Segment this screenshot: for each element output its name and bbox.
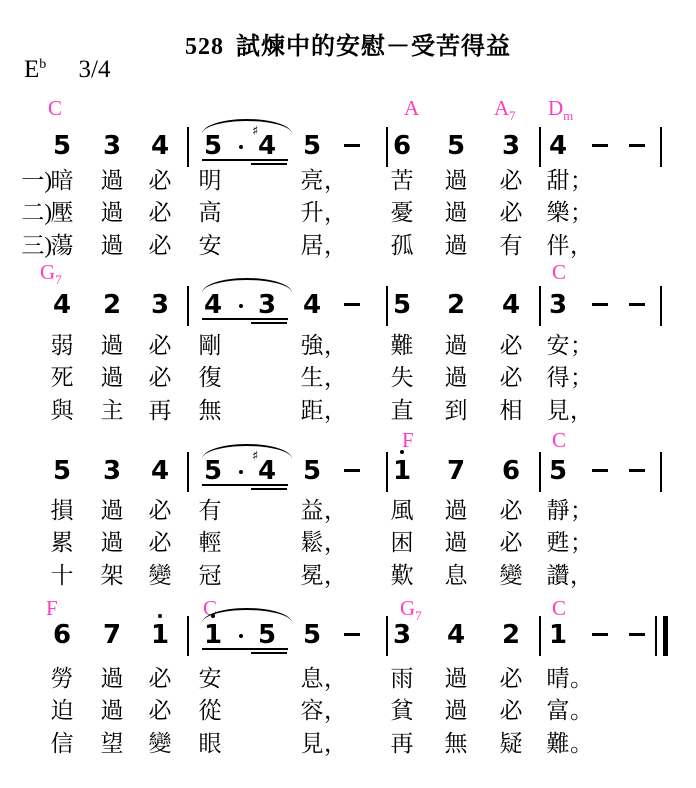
mid-punctuation: ， — [324, 365, 347, 390]
augmentation-dot — [239, 304, 243, 308]
note-digit: 4 — [258, 458, 276, 484]
mid-punctuation: ， — [324, 168, 347, 193]
beam-double — [251, 652, 287, 654]
beam-double — [251, 322, 287, 324]
note-digit: 4 — [258, 133, 276, 159]
lyric-char: 必 — [149, 200, 172, 225]
mid-punctuation: ， — [324, 398, 347, 423]
lyric-char: 安 — [547, 333, 570, 358]
note-digit: 2 — [447, 292, 465, 318]
octave-dot — [400, 450, 404, 454]
lyric-char: 甜 — [547, 168, 570, 193]
lyric-char: 暗 — [51, 168, 74, 193]
lyric-char: 必 — [500, 365, 523, 390]
chord-root: A — [404, 96, 419, 120]
barline — [660, 127, 662, 167]
lyric-char: 直 — [391, 398, 414, 423]
lyric-char: 高 — [199, 200, 222, 225]
lyric-char: 從 — [199, 698, 222, 723]
note-digit: 5 — [204, 133, 222, 159]
lyric-char: 變 — [149, 731, 172, 756]
barline — [386, 127, 388, 167]
beam-double — [251, 163, 287, 165]
beam-single — [202, 484, 288, 486]
note-digit: 5 — [53, 133, 71, 159]
lyric-char: 無 — [445, 731, 468, 756]
chord-subscript: m — [563, 108, 573, 123]
rest-dash — [629, 633, 645, 636]
mid-punctuation: ， — [324, 666, 347, 691]
lyric-char: 必 — [149, 498, 172, 523]
lyric-char: 無 — [199, 398, 222, 423]
lyric-char: 疑 — [500, 731, 523, 756]
lyric-char: 變 — [149, 563, 172, 588]
lyric-char: 過 — [101, 498, 124, 523]
end-punctuation: 。 — [570, 731, 593, 756]
lyric-char: 過 — [445, 498, 468, 523]
note-digit: 4 — [204, 292, 222, 318]
lyric-char: 過 — [445, 530, 468, 555]
lyric-char: 風 — [391, 498, 414, 523]
note-digit: 3 — [103, 133, 121, 159]
lyric-char: 必 — [500, 698, 523, 723]
barline — [663, 616, 668, 656]
lyric-char: 貧 — [391, 698, 414, 723]
note-digit: 1 — [151, 622, 169, 648]
slur — [202, 444, 292, 459]
note-digit: 4 — [151, 133, 169, 159]
lyric-char: 升 — [301, 200, 324, 225]
note-digit: 6 — [502, 458, 520, 484]
note-digit: 5 — [258, 622, 276, 648]
lyric-char: 強 — [301, 333, 324, 358]
chord-root: F — [46, 596, 58, 620]
rest-dash — [344, 633, 360, 636]
lyric-char: 雨 — [391, 666, 414, 691]
lyric-char: 過 — [101, 365, 124, 390]
beam-single — [202, 648, 288, 650]
note-digit: 5 — [549, 458, 567, 484]
chord-subscript: 7 — [509, 108, 516, 123]
lyric-char: 輕 — [199, 530, 222, 555]
note-digit: 5 — [303, 458, 321, 484]
lyric-char: 鬆 — [301, 530, 324, 555]
lyric-char: 過 — [101, 233, 124, 258]
note-digit: 1 — [204, 622, 222, 648]
octave-dot — [158, 614, 162, 618]
mid-punctuation: ， — [324, 333, 347, 358]
lyric-char: 蕩 — [51, 233, 74, 258]
slur — [202, 119, 292, 134]
barline — [539, 127, 541, 167]
chord-symbol: F — [46, 598, 58, 619]
note-digit: 6 — [53, 622, 71, 648]
barline — [187, 452, 189, 492]
lyric-char: 必 — [149, 698, 172, 723]
lyric-char: 必 — [500, 333, 523, 358]
augmentation-dot — [239, 634, 243, 638]
rest-dash — [592, 469, 608, 472]
barline — [386, 616, 388, 656]
chord-symbol: A — [404, 98, 419, 119]
chord-subscript: 7 — [55, 272, 62, 287]
lyric-char: 距 — [301, 398, 324, 423]
beam-single — [202, 159, 288, 161]
barline — [187, 286, 189, 326]
end-punctuation: ； — [570, 498, 593, 523]
barline — [386, 452, 388, 492]
note-digit: 4 — [151, 458, 169, 484]
rest-dash — [592, 144, 608, 147]
lyric-char: 過 — [445, 200, 468, 225]
note-digit: 4 — [549, 133, 567, 159]
lyric-char: 弱 — [51, 333, 74, 358]
note-digit: 5 — [393, 292, 411, 318]
lyric-char: 富 — [547, 698, 570, 723]
lyric-char: 得 — [547, 365, 570, 390]
lyric-char: 迫 — [51, 698, 74, 723]
note-digit: 3 — [103, 458, 121, 484]
lyric-char: 生 — [301, 365, 324, 390]
note-digit: 3 — [549, 292, 567, 318]
chord-root: D — [548, 96, 563, 120]
end-punctuation: 。 — [570, 666, 593, 691]
note-digit: 5 — [204, 458, 222, 484]
lyric-char: 過 — [445, 168, 468, 193]
lyric-char: 讚 — [547, 563, 570, 588]
lyric-char: 樂 — [547, 200, 570, 225]
lyric-char: 冕 — [301, 563, 324, 588]
augmentation-dot — [239, 145, 243, 149]
lyric-char: 見 — [547, 398, 570, 423]
note-digit: 5 — [53, 458, 71, 484]
chord-root: C — [552, 428, 566, 452]
lyric-char: 主 — [101, 398, 124, 423]
lyric-char: 過 — [445, 333, 468, 358]
end-punctuation: ， — [570, 563, 593, 588]
beam-double — [251, 488, 287, 490]
lyric-char: 息 — [301, 666, 324, 691]
lyric-char: 安 — [199, 233, 222, 258]
mid-punctuation: ， — [324, 563, 347, 588]
lyric-char: 靜 — [547, 498, 570, 523]
lyric-char: 十 — [51, 563, 74, 588]
note-digit: 5 — [447, 133, 465, 159]
end-punctuation: ， — [570, 398, 593, 423]
lyric-char: 眼 — [199, 731, 222, 756]
lyric-char: 剛 — [199, 333, 222, 358]
lyric-char: 過 — [101, 530, 124, 555]
augmentation-dot — [239, 470, 243, 474]
lyric-char: 苦 — [391, 168, 414, 193]
lyric-char: 必 — [500, 498, 523, 523]
mid-punctuation: ， — [324, 233, 347, 258]
beam-single — [202, 318, 288, 320]
key-signature: Eb 3/4 — [24, 56, 110, 84]
chord-symbol: C — [552, 598, 566, 619]
lyric-char: 孤 — [391, 233, 414, 258]
lyric-char: 過 — [445, 698, 468, 723]
lyric-char: 望 — [101, 731, 124, 756]
mid-punctuation: ， — [324, 731, 347, 756]
note-digit: 7 — [447, 458, 465, 484]
barline — [660, 286, 662, 326]
key-accidental: b — [39, 57, 46, 72]
note-digit: 4 — [502, 292, 520, 318]
mid-punctuation: ， — [324, 498, 347, 523]
mid-punctuation: ， — [324, 698, 347, 723]
chord-symbol: A7 — [494, 98, 516, 122]
barline — [539, 616, 541, 656]
lyric-char: 過 — [101, 200, 124, 225]
chord-root: G — [40, 260, 55, 284]
lyric-char: 必 — [149, 365, 172, 390]
lyric-char: 失 — [391, 365, 414, 390]
barline — [187, 616, 189, 656]
lyric-char: 損 — [51, 498, 74, 523]
mid-punctuation: ， — [324, 530, 347, 555]
note-digit: 2 — [103, 292, 121, 318]
lyric-char: 歎 — [391, 563, 414, 588]
lyric-char: 必 — [149, 333, 172, 358]
note-digit: 3 — [502, 133, 520, 159]
rest-dash — [629, 469, 645, 472]
lyric-char: 必 — [500, 530, 523, 555]
barline — [660, 452, 662, 492]
lyric-char: 必 — [149, 530, 172, 555]
lyric-char: 憂 — [391, 200, 414, 225]
lyric-char: 息 — [445, 563, 468, 588]
end-punctuation: ， — [570, 233, 593, 258]
lyric-char: 累 — [51, 530, 74, 555]
lyric-char: 必 — [149, 168, 172, 193]
lyric-char: 有 — [500, 233, 523, 258]
chord-root: C — [48, 96, 62, 120]
chord-symbol: Dm — [548, 98, 573, 122]
note-digit: 4 — [303, 292, 321, 318]
hymn-page: 528試煉中的安慰－受苦得益 Eb 3/4 CAA7Dm53454♯56534一… — [0, 0, 696, 788]
verse-number: 三) — [21, 233, 52, 258]
chord-root: C — [552, 596, 566, 620]
note-digit: 1 — [549, 622, 567, 648]
lyric-char: 必 — [500, 666, 523, 691]
chord-root: G — [400, 596, 415, 620]
lyric-char: 必 — [500, 168, 523, 193]
lyric-char: 過 — [101, 333, 124, 358]
chord-root: F — [402, 428, 414, 452]
lyric-char: 死 — [51, 365, 74, 390]
rest-dash — [344, 144, 360, 147]
lyric-char: 安 — [199, 666, 222, 691]
hymn-number: 528 — [185, 34, 224, 60]
chord-symbol: F — [402, 430, 414, 451]
key-letter: E — [24, 56, 39, 83]
lyric-char: 亮 — [301, 168, 324, 193]
lyric-char: 過 — [101, 666, 124, 691]
lyric-char: 壓 — [51, 200, 74, 225]
lyric-char: 明 — [199, 168, 222, 193]
chord-symbol: C — [48, 98, 62, 119]
chord-symbol: C — [552, 262, 566, 283]
rest-dash — [629, 144, 645, 147]
end-punctuation: ； — [570, 333, 593, 358]
lyric-char: 過 — [101, 698, 124, 723]
barline — [386, 286, 388, 326]
note-digit: 6 — [393, 133, 411, 159]
lyric-char: 晴 — [547, 666, 570, 691]
lyric-char: 過 — [445, 666, 468, 691]
rest-dash — [344, 469, 360, 472]
lyric-char: 與 — [51, 398, 74, 423]
lyric-char: 伴 — [547, 233, 570, 258]
lyric-char: 甦 — [547, 530, 570, 555]
verse-number: 一) — [21, 168, 52, 193]
barline — [539, 286, 541, 326]
note-digit: 5 — [303, 133, 321, 159]
lyric-char: 到 — [445, 398, 468, 423]
note-digit: 7 — [103, 622, 121, 648]
end-punctuation: ； — [570, 530, 593, 555]
lyric-char: 容 — [301, 698, 324, 723]
lyric-char: 過 — [101, 168, 124, 193]
hymn-name: 試煉中的安慰－受苦得益 — [236, 34, 511, 60]
lyric-char: 相 — [500, 398, 523, 423]
rest-dash — [344, 303, 360, 306]
note-digit: 2 — [502, 622, 520, 648]
lyric-char: 再 — [149, 398, 172, 423]
rest-dash — [629, 303, 645, 306]
chord-root: C — [552, 260, 566, 284]
lyric-char: 冠 — [199, 563, 222, 588]
chord-subscript: 7 — [415, 608, 422, 623]
note-digit: 4 — [53, 292, 71, 318]
lyric-char: 勞 — [51, 666, 74, 691]
lyric-char: 難 — [391, 333, 414, 358]
barline — [539, 452, 541, 492]
lyric-char: 過 — [445, 365, 468, 390]
note-digit: 5 — [303, 622, 321, 648]
lyric-char: 必 — [149, 666, 172, 691]
note-digit: 3 — [258, 292, 276, 318]
end-punctuation: ； — [570, 365, 593, 390]
chord-root: A — [494, 96, 509, 120]
lyric-char: 變 — [500, 563, 523, 588]
chord-symbol: G7 — [400, 598, 422, 622]
mid-punctuation: ， — [324, 200, 347, 225]
chord-symbol: C — [552, 430, 566, 451]
end-punctuation: ； — [570, 200, 593, 225]
rest-dash — [592, 303, 608, 306]
barline — [655, 616, 657, 656]
note-digit: 4 — [447, 622, 465, 648]
end-punctuation: ； — [570, 168, 593, 193]
lyric-char: 過 — [445, 233, 468, 258]
note-digit: 1 — [393, 458, 411, 484]
slur — [202, 278, 292, 293]
verse-number: 二) — [21, 200, 52, 225]
lyric-char: 復 — [199, 365, 222, 390]
lyric-char: 再 — [391, 731, 414, 756]
lyric-char: 架 — [101, 563, 124, 588]
lyric-char: 必 — [149, 233, 172, 258]
end-punctuation: 。 — [570, 698, 593, 723]
lyric-char: 必 — [500, 200, 523, 225]
lyric-char: 見 — [301, 731, 324, 756]
lyric-char: 居 — [301, 233, 324, 258]
lyric-char: 信 — [51, 731, 74, 756]
barline — [187, 127, 189, 167]
lyric-char: 難 — [547, 731, 570, 756]
lyric-char: 困 — [391, 530, 414, 555]
lyric-char: 有 — [199, 498, 222, 523]
chord-symbol: G7 — [40, 262, 62, 286]
rest-dash — [592, 633, 608, 636]
note-digit: 3 — [151, 292, 169, 318]
note-digit: 3 — [393, 622, 411, 648]
lyric-char: 益 — [301, 498, 324, 523]
time-signature: 3/4 — [79, 56, 111, 83]
